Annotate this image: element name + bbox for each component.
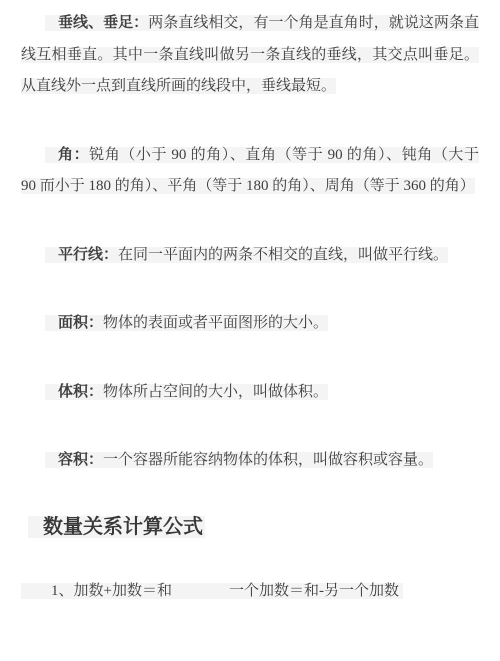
definition-paragraph: 角：锐角（小于 90 的角）、直角（等于 90 的角）、钝角（大于 90 而小于… (21, 140, 479, 203)
definition-text: 物体的表面或者平面图形的大小。 (103, 315, 328, 331)
formula-right: 一个加数＝和-另一个加数 (172, 583, 403, 599)
section-heading-text: 数量关系计算公式 (28, 516, 205, 538)
definition-term: 垂线、垂足： (45, 15, 148, 31)
section-heading: 数量关系计算公式 (21, 514, 479, 540)
definition-term: 面积： (45, 315, 103, 331)
definition-paragraph: 平行线：在同一平面内的两条不相交的直线，叫做平行线。 (21, 240, 479, 272)
definition-term: 容积： (45, 452, 103, 468)
definition-term: 角： (45, 147, 89, 163)
definition-text: 锐角（小于 90 的角）、直角（等于 90 的角）、钝角（大于 90 而小于 1… (21, 147, 479, 195)
definition-text: 物体所占空间的大小，叫做体积。 (103, 384, 328, 400)
definition-term: 体积： (45, 384, 103, 400)
definition-paragraph: 体积：物体所占空间的大小，叫做体积。 (21, 377, 479, 409)
definition-paragraph: 容积：一个容器所能容纳物体的体积，叫做容积或容量。 (21, 445, 479, 477)
definition-paragraph: 垂线、垂足：两条直线相交，有一个角是直角时，就说这两条直线互相垂直。其中一条直线… (21, 8, 479, 103)
formula-line: 1、加数+加数＝和一个加数＝和-另一个加数 (21, 576, 479, 608)
formula-left: 1、加数+加数＝和 (21, 583, 172, 599)
definition-paragraph: 面积：物体的表面或者平面图形的大小。 (21, 308, 479, 340)
definition-text: 一个容器所能容纳物体的体积，叫做容积或容量。 (103, 452, 433, 468)
document-page: 垂线、垂足：两条直线相交，有一个角是直角时，就说这两条直线互相垂直。其中一条直线… (0, 0, 500, 607)
definition-text: 在同一平面内的两条不相交的直线，叫做平行线。 (118, 247, 448, 263)
definition-term: 平行线： (45, 247, 118, 263)
